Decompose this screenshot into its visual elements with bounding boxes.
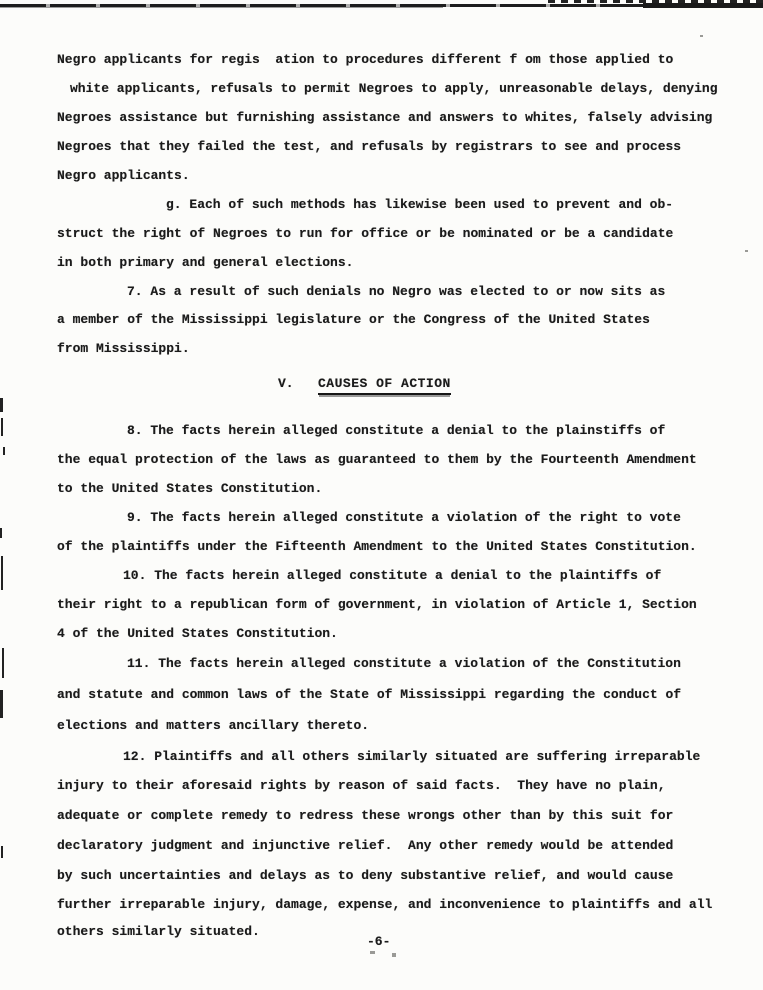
text-line: in both primary and general elections.	[57, 255, 353, 271]
scan-tick-mark	[1, 418, 3, 436]
text-line: further irreparable injury, damage, expe…	[57, 897, 712, 913]
text-line: a member of the Mississippi legislature …	[57, 312, 650, 328]
text-line: 11. The facts herein alleged constitute …	[127, 656, 681, 672]
text-line: g. Each of such methods has likewise bee…	[166, 197, 673, 213]
text-line: 8. The facts herein alleged constitute a…	[127, 423, 665, 439]
scan-tick-mark	[1, 846, 3, 858]
text-line: by such uncertainties and delays as to d…	[57, 868, 673, 884]
text-line: elections and matters ancillary thereto.	[57, 718, 369, 734]
text-line: of the plaintiffs under the Fifteenth Am…	[57, 539, 697, 555]
scan-speck	[745, 250, 748, 252]
page-number: -6-	[367, 934, 390, 949]
section-heading-numeral: V.	[278, 376, 294, 391]
text-line: 10. The facts herein alleged constitute …	[123, 568, 661, 584]
text-line: injury to their aforesaid rights by reas…	[57, 778, 666, 794]
scan-tick-mark	[0, 398, 3, 412]
text-line: their right to a republican form of gove…	[57, 597, 697, 613]
text-line: the equal protection of the laws as guar…	[57, 452, 697, 468]
text-line: struct the right of Negroes to run for o…	[57, 226, 673, 242]
text-line: white applicants, refusals to permit Neg…	[70, 81, 718, 97]
text-line: and statute and common laws of the State…	[57, 687, 681, 703]
text-line: Negroes assistance but furnishing assist…	[57, 110, 712, 126]
text-line: declaratory judgment and injunctive reli…	[57, 838, 673, 854]
text-line: 12. Plaintiffs and all others similarly …	[123, 749, 700, 765]
text-line: to the United States Constitution.	[57, 481, 322, 497]
scan-edge-top-shadow	[0, 7, 443, 8]
text-line: from Mississippi.	[57, 341, 190, 357]
text-line: Negro applicants.	[57, 168, 190, 184]
scan-tick-mark	[1, 556, 3, 590]
scan-tick-mark	[0, 690, 3, 718]
text-line: 9. The facts herein alleged constitute a…	[127, 510, 681, 526]
text-line: Negro applicants for regis ation to proc…	[57, 52, 673, 68]
scan-speck	[392, 953, 396, 957]
text-line: Negroes that they failed the test, and r…	[57, 139, 681, 155]
scan-tick-mark	[2, 648, 4, 678]
text-line: 7. As a result of such denials no Negro …	[127, 284, 665, 300]
scan-tick-mark	[0, 528, 2, 538]
scan-tick-mark	[3, 447, 5, 455]
text-line: others similarly situated.	[57, 924, 260, 940]
scan-edge-top-right-thick	[643, 3, 763, 8]
scan-speck	[700, 35, 703, 37]
scanned-document-page: Negro applicants for regis ation to proc…	[0, 0, 763, 990]
scan-speck	[370, 951, 375, 954]
text-line: adequate or complete remedy to redress t…	[57, 808, 673, 824]
text-line: 4 of the United States Constitution.	[57, 626, 338, 642]
section-heading-title: CAUSES OF ACTION	[318, 376, 451, 395]
